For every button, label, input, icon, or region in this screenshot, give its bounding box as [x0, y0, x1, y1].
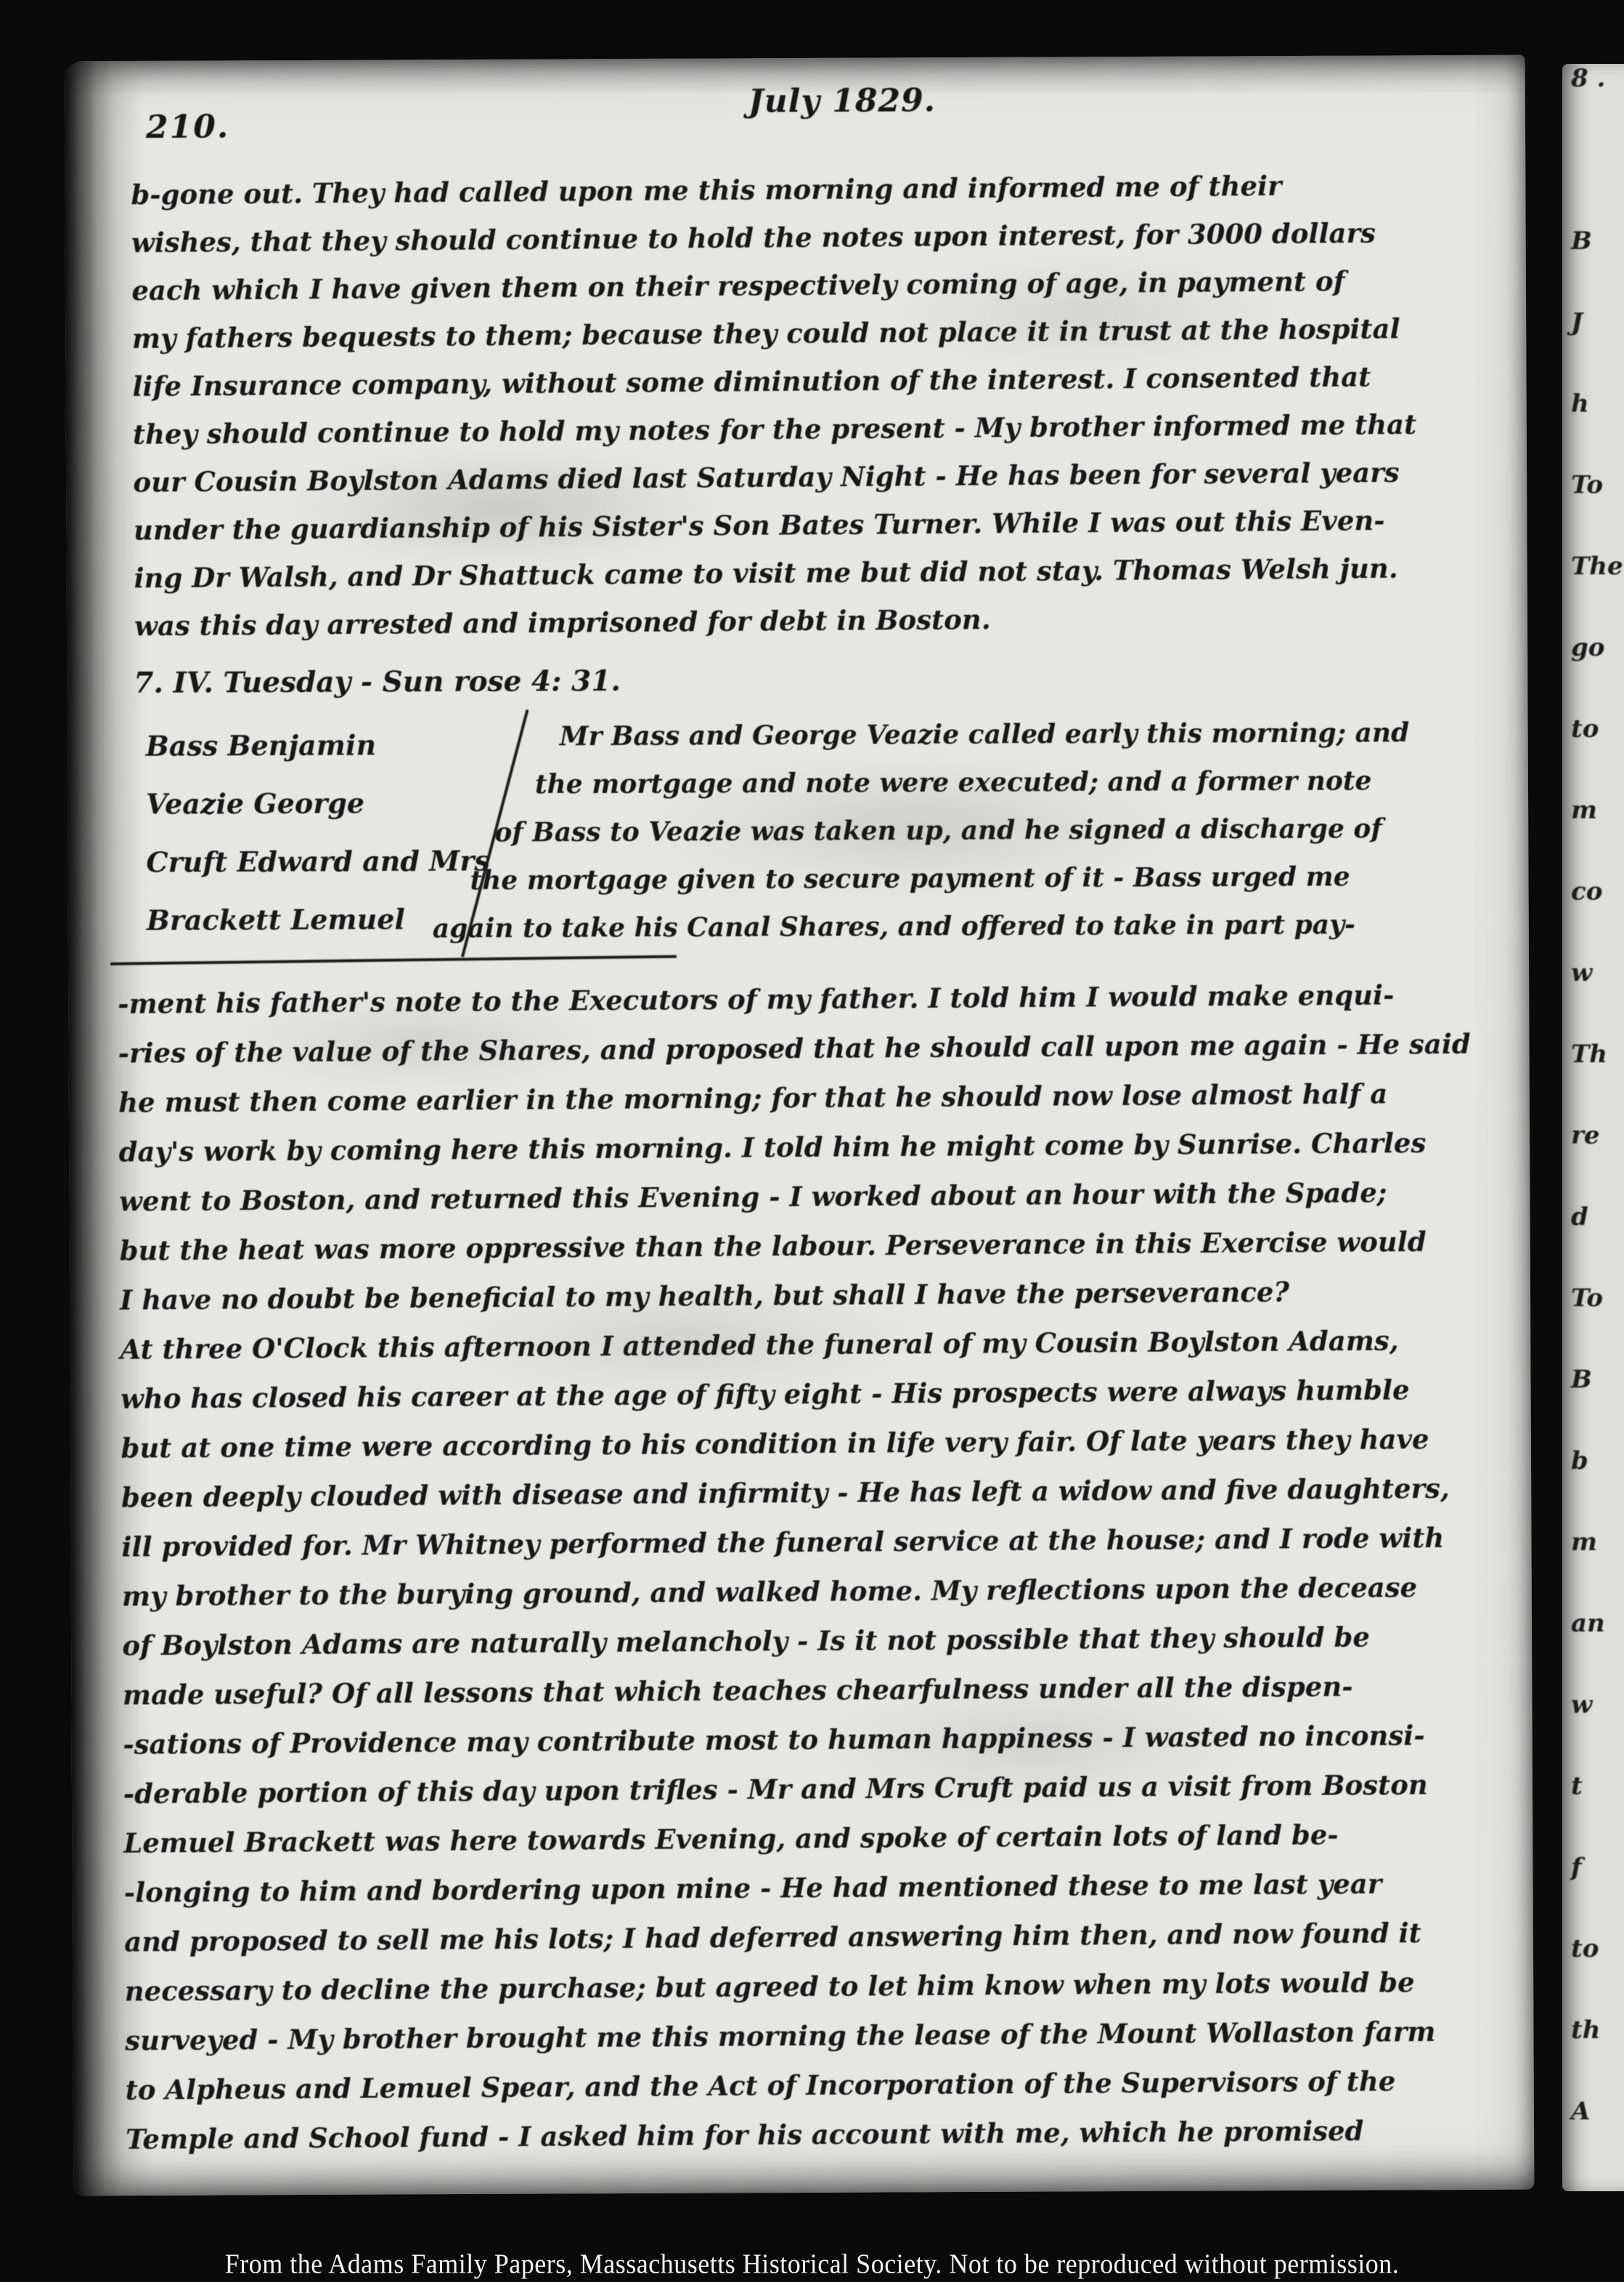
adjacent-page-edge: 8 .BJhToThegotomcowThredToBbmanwtftothA [1562, 64, 1624, 2191]
manuscript-line: again to take his Canal Shares, and offe… [425, 900, 1536, 953]
partial-text-fragment: To [1562, 470, 1624, 552]
manuscript-line: the mortgage and note were executed; and… [425, 757, 1535, 810]
partial-text-fragment: f [1562, 1853, 1624, 1934]
month-year-header: July 1829. [748, 82, 936, 120]
partial-text-fragment: w [1562, 1690, 1624, 1772]
partial-text-fragment: co [1562, 877, 1624, 958]
partial-text-fragment: to [1562, 714, 1624, 796]
continuation-paragraph: b-gone out. They had called upon me this… [131, 160, 1514, 650]
partial-text-fragment: an [1562, 1609, 1624, 1690]
partial-text-fragment: h [1562, 389, 1624, 470]
partial-text-fragment: b [1562, 1446, 1624, 1528]
entry-date-heading: 7. IV. Tuesday - Sun rose 4: 31. [134, 664, 621, 700]
partial-text-fragment: Th [1562, 1040, 1624, 1121]
partial-text-fragment: The [1562, 552, 1624, 633]
partial-text-fragment: m [1562, 1528, 1624, 1609]
partial-text-fragment: th [1562, 2016, 1624, 2097]
manuscript-line: of Bass to Veazie was taken up, and he s… [425, 804, 1535, 857]
page-number: 210. [146, 108, 229, 146]
partial-text-fragment: go [1562, 633, 1624, 714]
index-underline [110, 955, 677, 965]
partial-text-fragment: A [1562, 2097, 1624, 2178]
manuscript-line: was this day arrested and imprisoned for… [134, 591, 1514, 650]
partial-text-fragment: d [1562, 1202, 1624, 1284]
archive-caption: From the Adams Family Papers, Massachuse… [0, 2248, 1624, 2280]
manuscript-line: Temple and School fund - I asked him for… [126, 2105, 1530, 2164]
diary-page: 210. July 1829. b-gone out. They had cal… [65, 55, 1535, 2196]
manuscript-line: but the heat was more oppressive than th… [119, 1216, 1524, 1276]
partial-text-fragment: w [1562, 958, 1624, 1040]
partial-text-fragment: m [1562, 796, 1624, 877]
entry-body-paragraph: -ment his father's note to the Executors… [118, 969, 1530, 2164]
partial-text-fragment: J [1562, 308, 1624, 389]
partial-text-fragment: 8 . [1562, 64, 1624, 145]
partial-text-fragment: B [1562, 1365, 1624, 1446]
partial-text-fragment: to [1562, 1934, 1624, 2016]
entry-side-paragraph: Mr Bass and George Veazie called early t… [425, 709, 1536, 953]
partial-text-fragment: t [1562, 1772, 1624, 1853]
partial-text-fragment: To [1562, 1284, 1624, 1365]
manuscript-line: the mortgage given to secure payment of … [425, 852, 1535, 905]
manuscript-line: Mr Bass and George Veazie called early t… [425, 709, 1535, 762]
partial-text-fragment: B [1562, 227, 1624, 308]
partial-text-fragment [1562, 145, 1624, 227]
partial-text-fragment: re [1562, 1121, 1624, 1202]
